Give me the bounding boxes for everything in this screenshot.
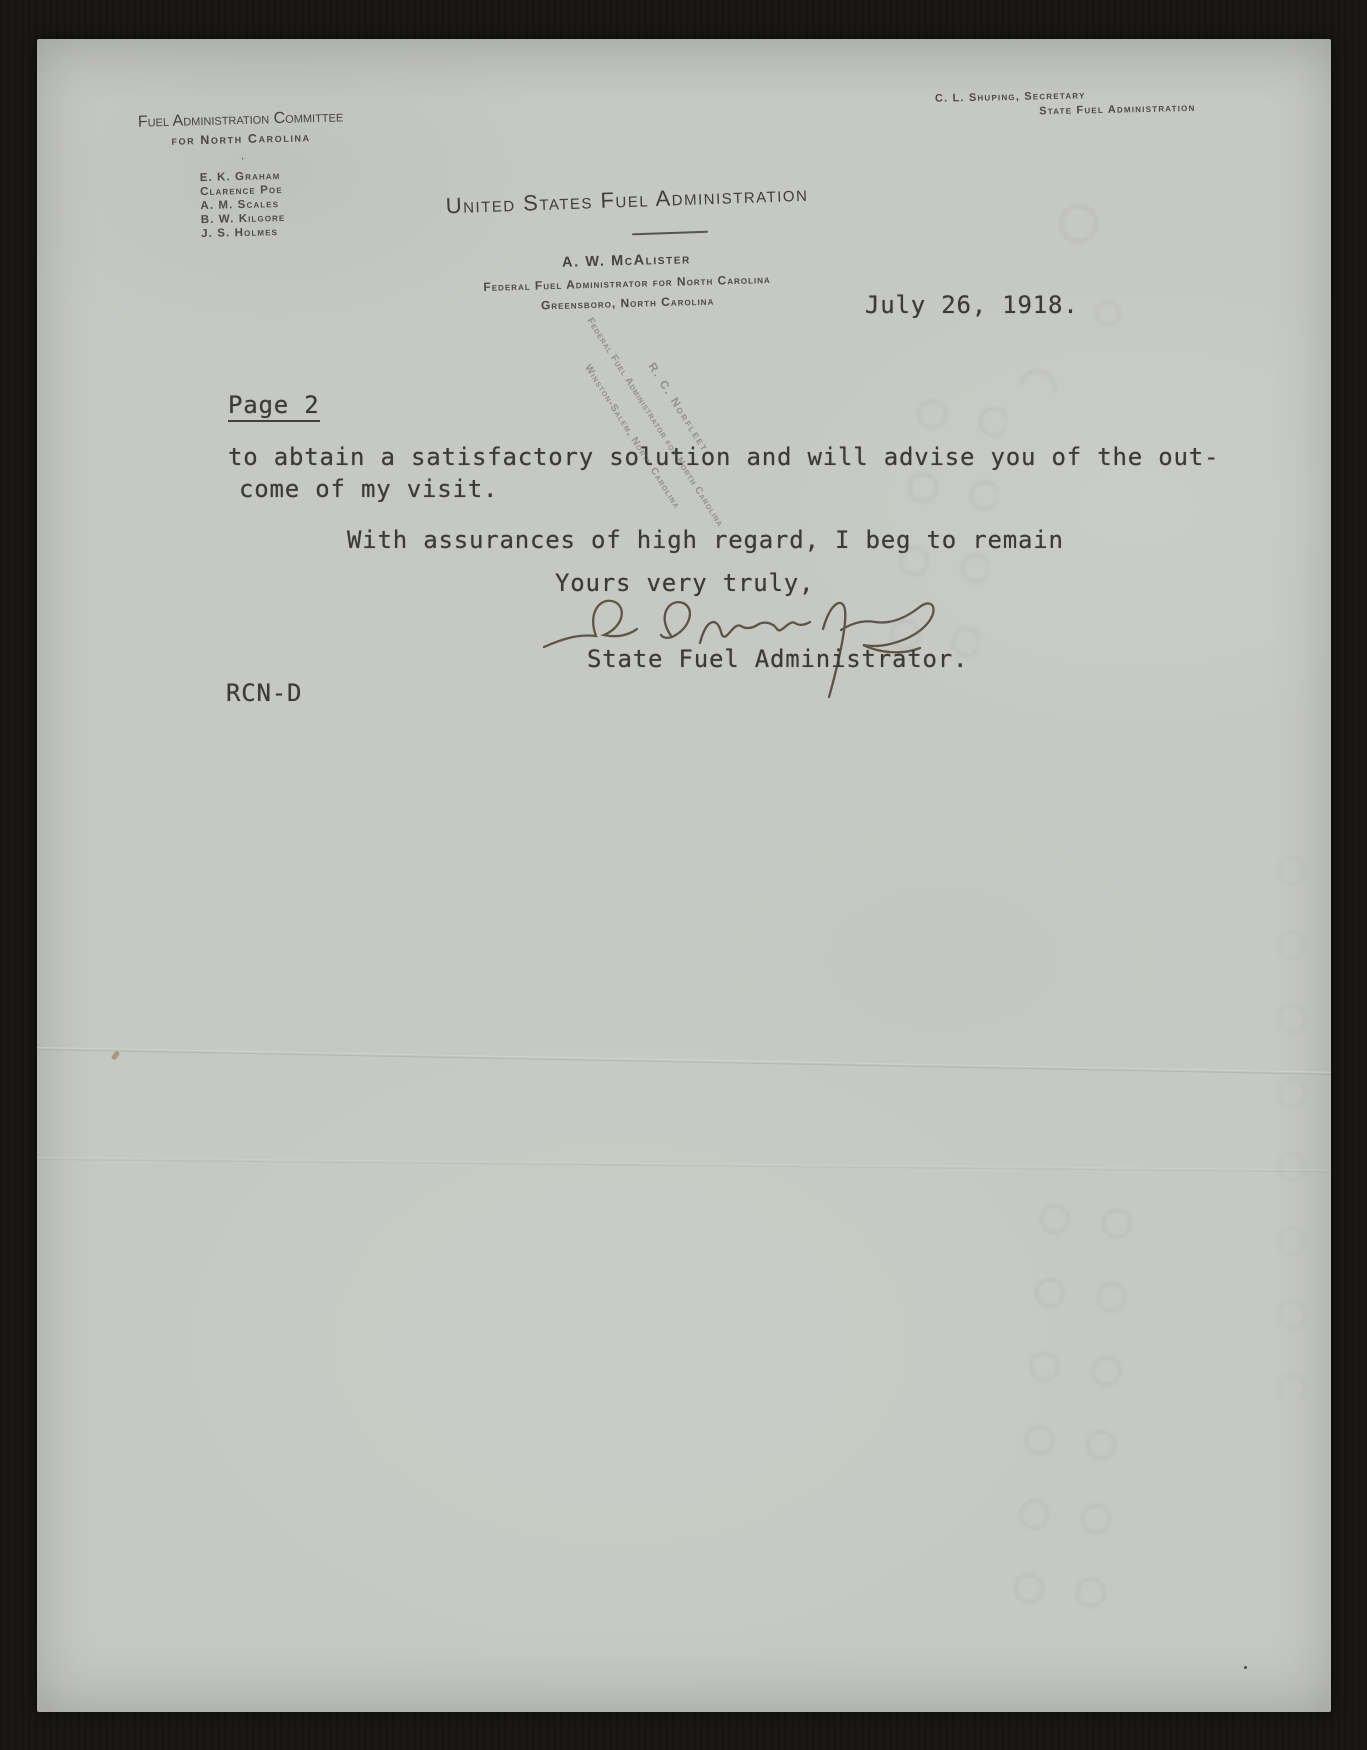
secretary-org: State Fuel Administration [1039, 100, 1265, 117]
letter-date: July 26, 1918. [865, 291, 1079, 319]
paper-speck [1244, 1666, 1247, 1669]
typist-reference: RCN-D [226, 679, 302, 707]
committee-block: Fuel Administration Committee for North … [90, 107, 393, 245]
committee-member: J. S. Holmes [201, 225, 286, 241]
fold-crease [37, 1157, 1331, 1172]
organization-title: United States Fuel Administration [377, 178, 878, 221]
secretary-block: C. L. Shuping, Secretary State Fuel Admi… [935, 85, 1266, 119]
signer-title-line: State Fuel Administrator. [587, 645, 968, 673]
page-number-label: Page 2 [228, 391, 320, 422]
fold-crease [37, 1047, 1331, 1075]
paper-fleck [111, 1050, 120, 1060]
body-text-line: come of my visit. [239, 475, 498, 503]
bleedthrough-ghost [997, 1185, 1152, 1623]
title-divider-rule [632, 231, 708, 236]
body-text-line: to abtain a satisfactory solution and wi… [228, 443, 1219, 471]
print-speck: ‚ [238, 151, 244, 162]
scanned-letter-page: { "letterhead": { "committee": { "title_… [0, 0, 1367, 1750]
bleedthrough-ghost [1262, 839, 1327, 1399]
administrator-name: A. W. McAlister [436, 248, 816, 275]
letter-paper: Fuel Administration Committee for North … [37, 39, 1331, 1712]
committee-members-list: E. K. Graham Clarence Poe A. M. Scales B… [200, 169, 286, 241]
body-text-line: With assurances of high regard, I beg to… [347, 526, 1064, 554]
